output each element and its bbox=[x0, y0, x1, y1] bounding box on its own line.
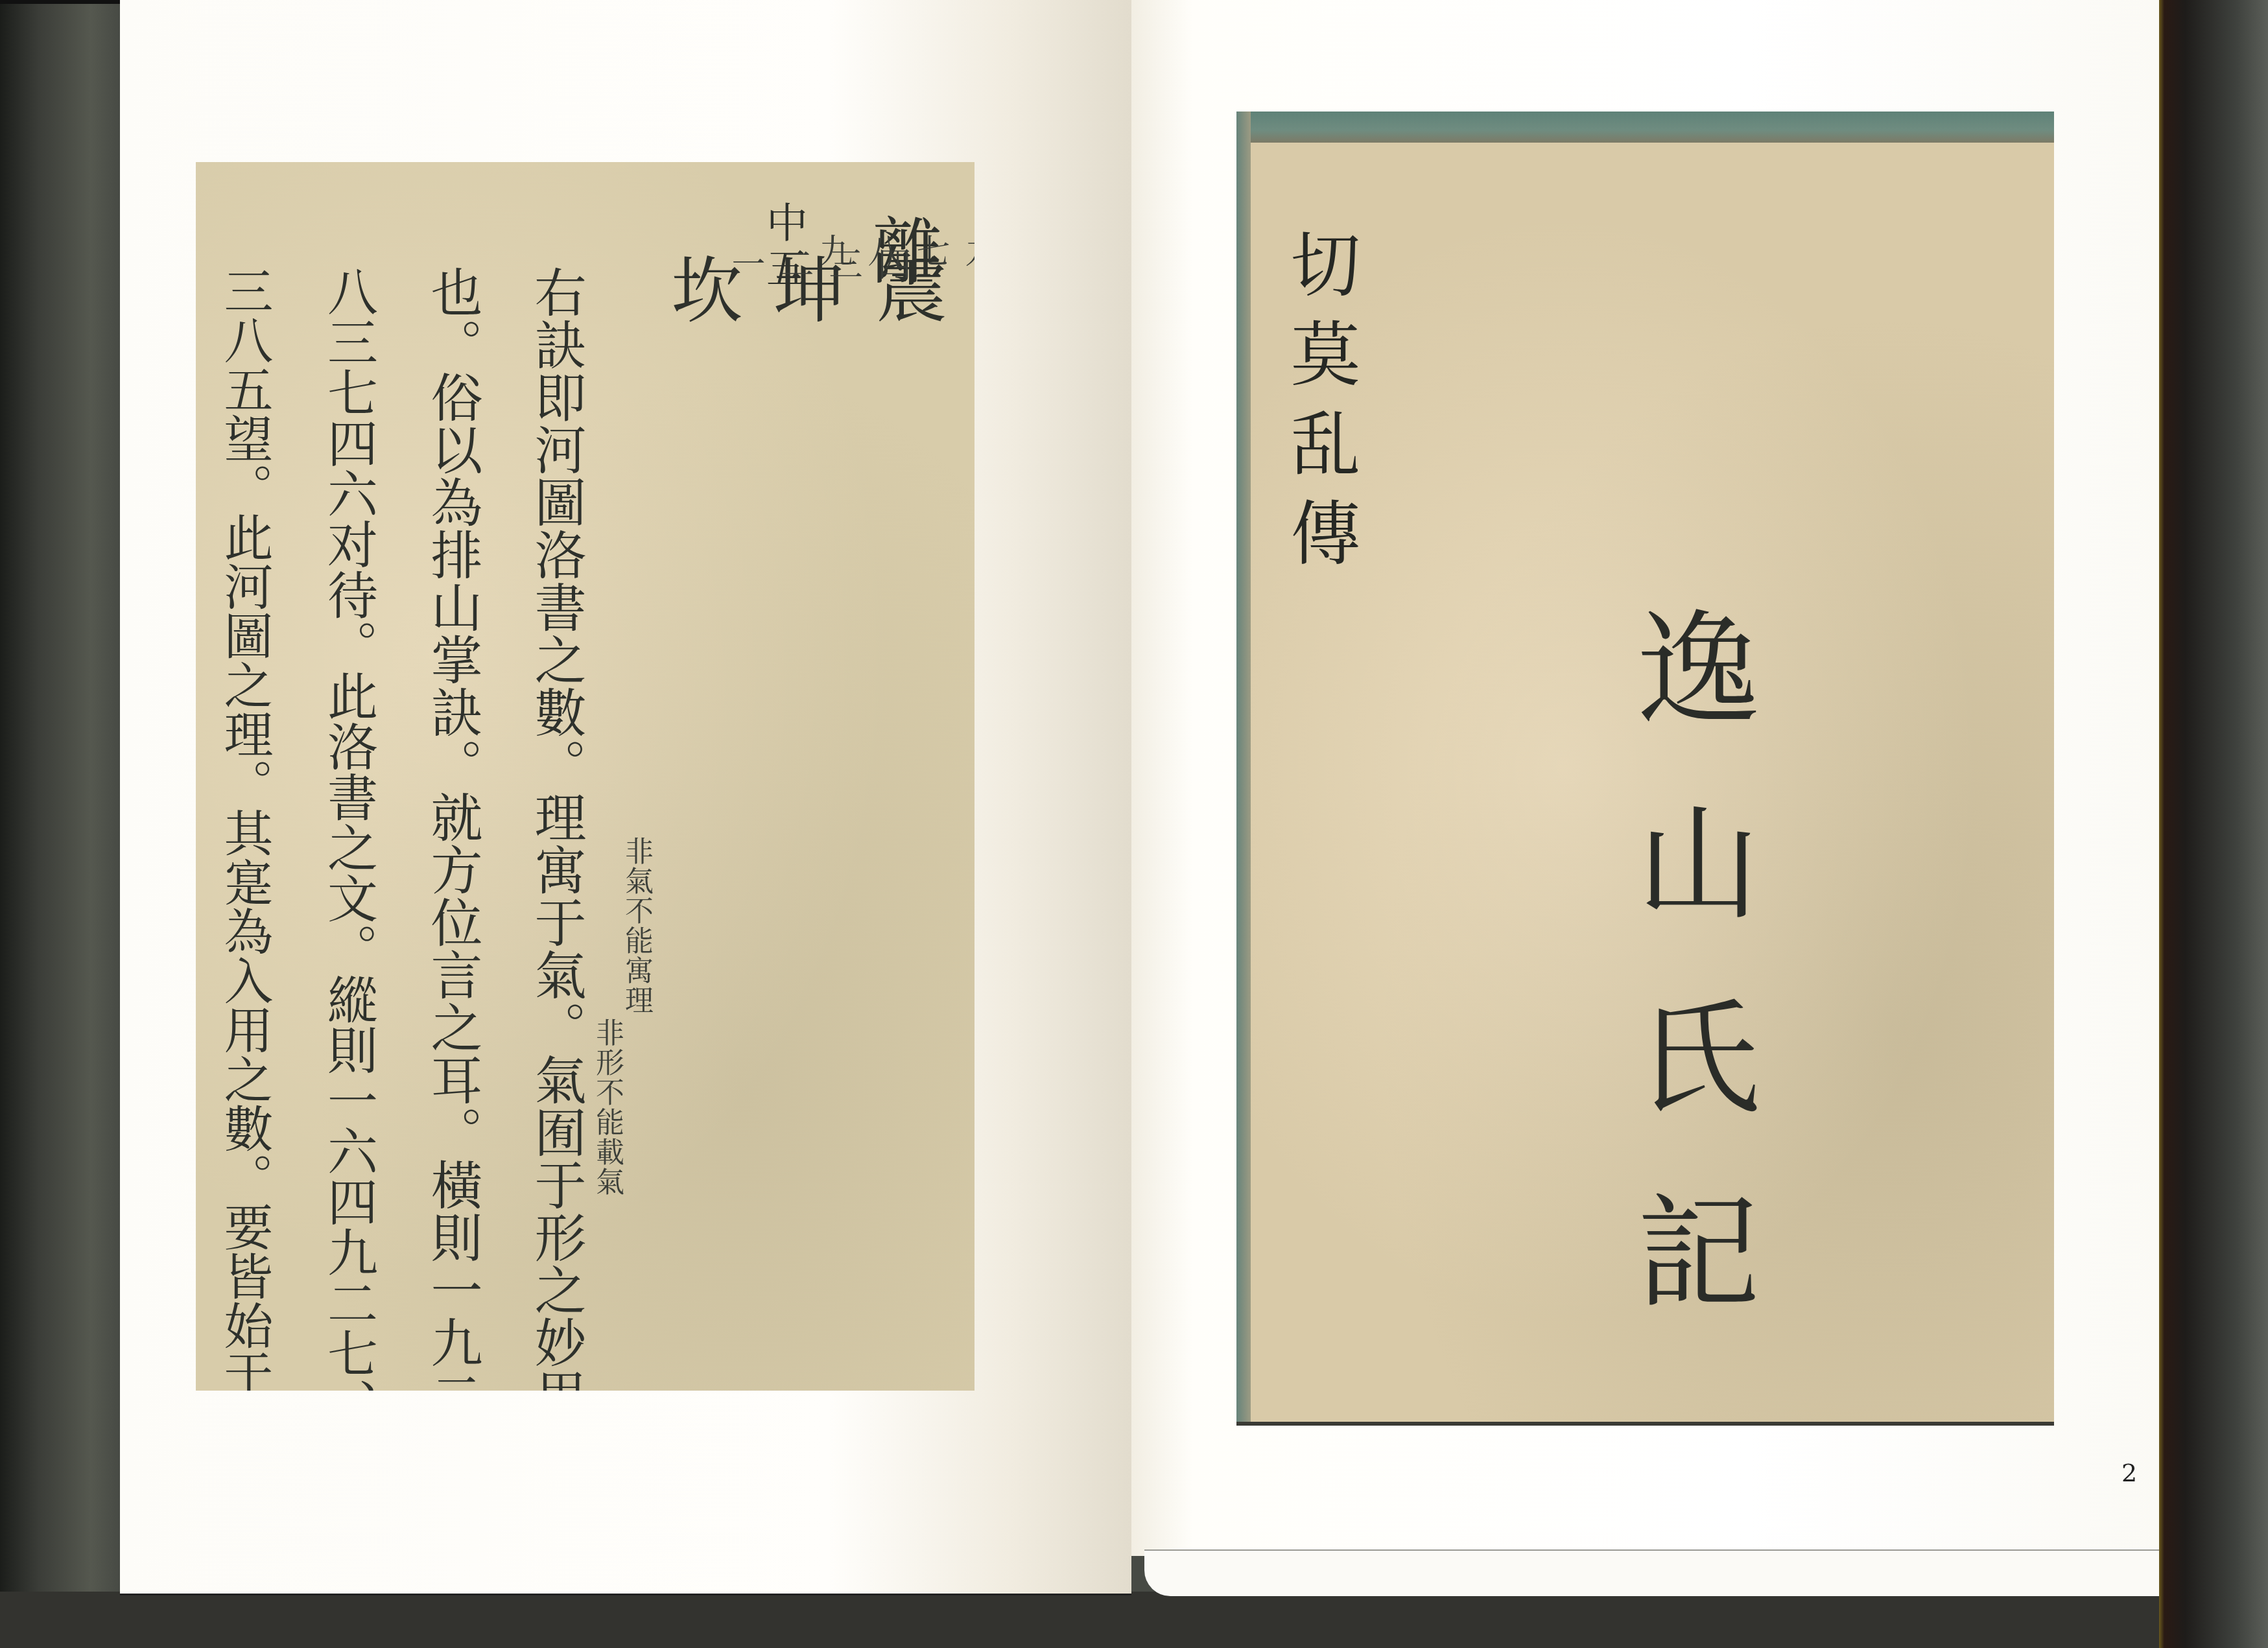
trigram-numbers-2: 四 三 二 一 bbox=[721, 246, 915, 407]
trigram-xun: 巽 bbox=[957, 253, 975, 328]
side-title: 切莫乱傳 bbox=[1269, 228, 1369, 586]
text-column-1: 右訣即河圖洛書之數。理寓于氣。氣囿于形之妙用 bbox=[520, 266, 591, 1391]
cover-teal-edge bbox=[1236, 112, 1251, 1422]
number-label: 一 bbox=[721, 246, 770, 407]
number-label: 四 bbox=[867, 246, 915, 284]
text-column-2: 也。俗以為排山掌訣。就方位言之耳。橫則一九二 bbox=[416, 266, 488, 1391]
book-cover-edge bbox=[2159, 0, 2268, 1648]
interlinear-note-1: 非氣不能寓理 bbox=[620, 836, 652, 1015]
number-label: 三 bbox=[818, 246, 867, 284]
main-title: 逸山氏記 bbox=[1600, 604, 1777, 1382]
scan-background-bottom bbox=[0, 1592, 2268, 1648]
interlinear-note-2: 非形不能載氣 bbox=[591, 1018, 622, 1197]
right-page-lower-edge bbox=[1144, 1549, 2159, 1596]
page-number: 2 bbox=[2121, 1459, 2137, 1487]
cover-teal-strip bbox=[1236, 112, 2054, 143]
text-column-4: 三八五望。此河圖之理。其寔為入用之數。要皆始于 bbox=[209, 266, 280, 1391]
manuscript-photo-right: 切莫乱傳 逸山氏記 bbox=[1236, 112, 2054, 1426]
manuscript-photo-left: 乾 兑 艮 離 九 七 八 九 中五 巽 震 坤 坎 四 三 二 一 右訣即河圖… bbox=[196, 162, 975, 1391]
number-label: 二 bbox=[770, 246, 818, 284]
text-column-3: 八三七四六对待。此洛書之文。縱則一六四九二七、 bbox=[313, 266, 384, 1391]
